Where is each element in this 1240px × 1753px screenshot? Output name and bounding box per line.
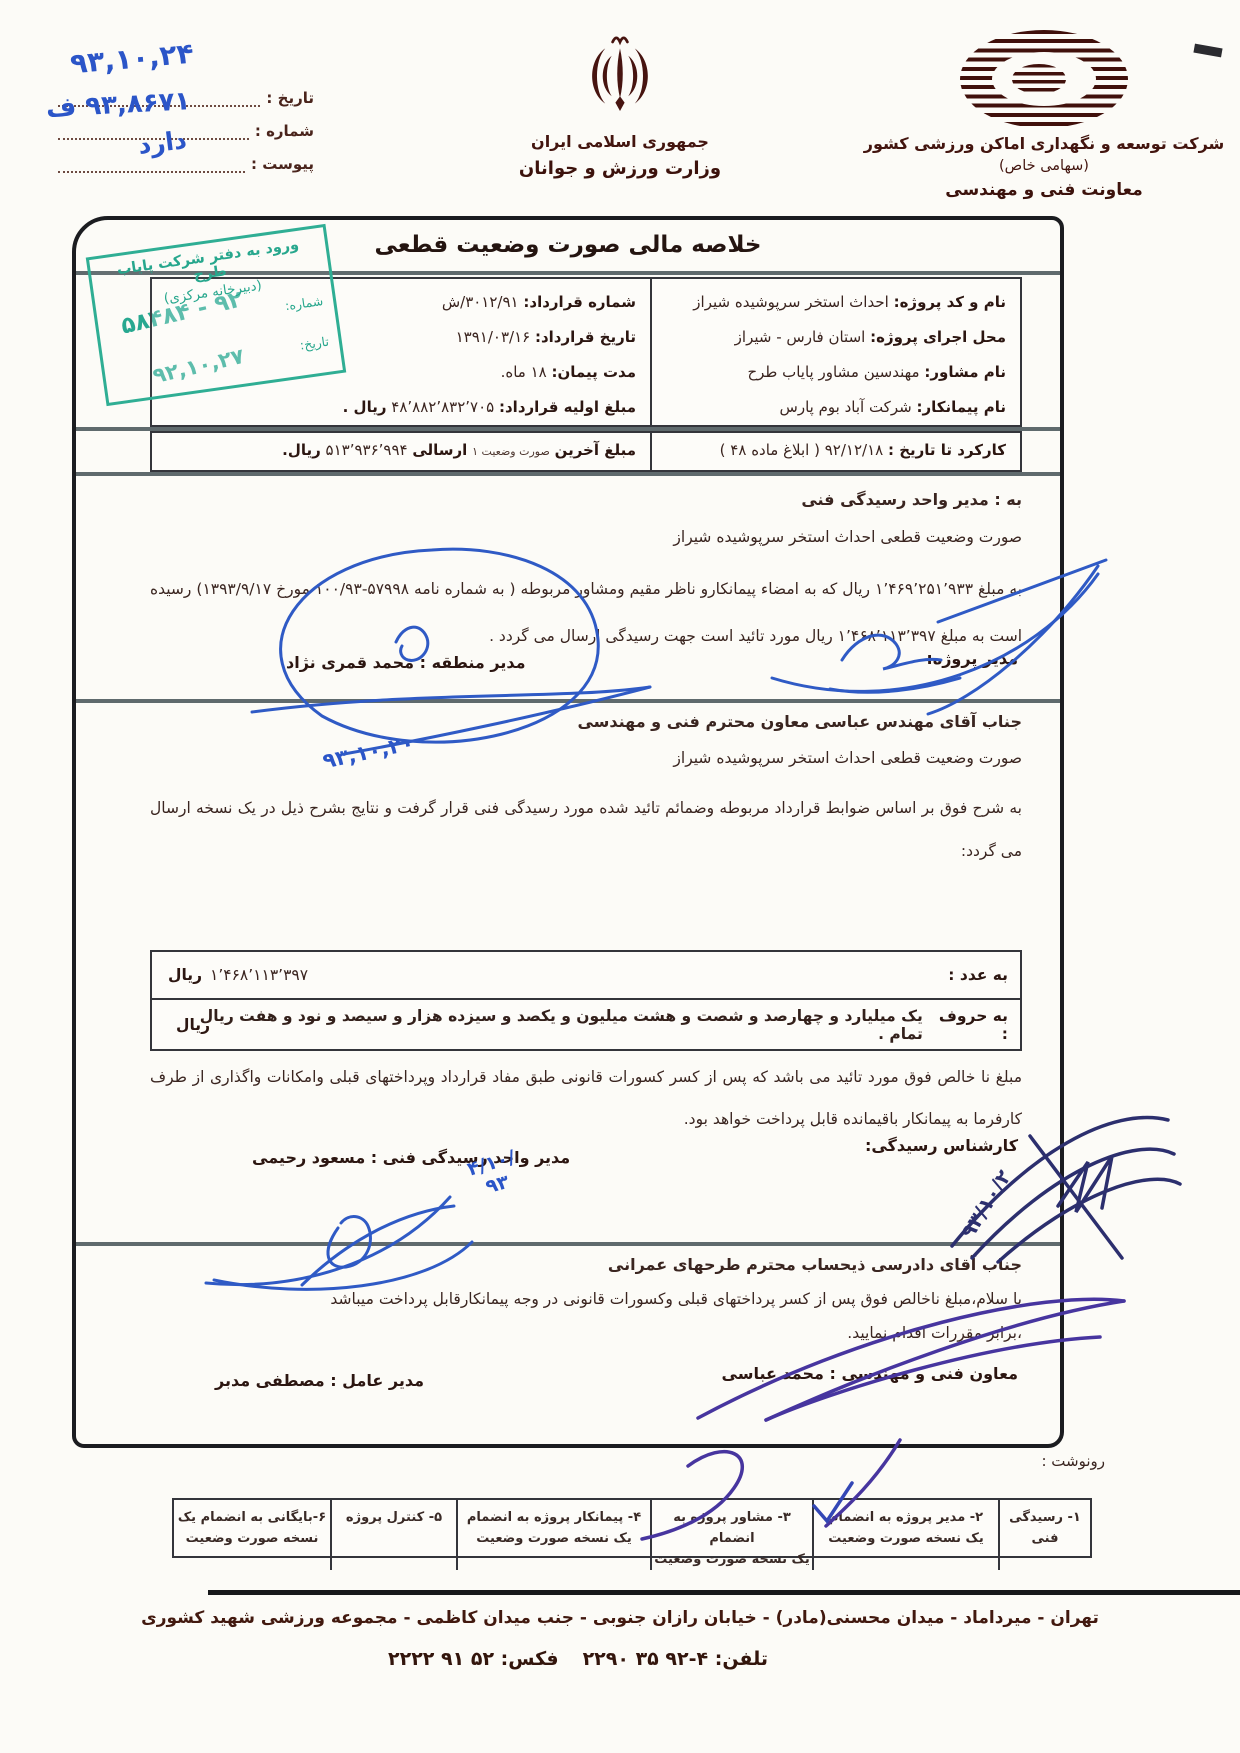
distribution-cell-4: ۴- پیمانکار پروژه به انضمامیک نسخه صورت … [456,1500,650,1570]
distribution-cell-5: ۵- کنترل پروژه [330,1500,456,1570]
letter-date: ۱۳۹۳/۹/۱۷ [202,580,271,598]
distribution-cell-3: ۳- مشاور پروژه به انضمامیک نسخه صورت وضع… [650,1500,812,1570]
work-label: کارکرد تا تاریخ : [888,441,1006,459]
last-statement-cell: مبلغ آخرین صورت وضعیت ۱ ارسالی ۵۱۳’۹۳۶’۹… [152,433,650,470]
digits-amount: ۱’۴۶۸’۱۱۳’۳۹۷ [210,966,308,984]
approved-amount: ۱’۴۶۸’۱۱۳’۳۹۷ [838,627,936,645]
bottom-rule [208,1590,1240,1595]
copy-to-label: رونوشت : [1041,1452,1105,1470]
duration-value: ۱۸ ماه. [501,363,547,381]
last-statement-unit: ریال. [282,441,321,459]
review-unit-manager-label: مدیر واحد رسیدگی فنی : مسعود رحیمی [252,1148,570,1167]
project-value: احداث استخر سرپوشیده شیراز [693,293,889,311]
project-label: نام و کد پروژه: [894,293,1006,311]
cell-line: ۴- پیمانکار پروژه به انضمام [458,1507,650,1528]
section-divider [76,699,1060,703]
contractor-label: نام پیمانکار: [916,398,1006,416]
initial-amount-unit: ریال . [343,398,387,416]
contact-line: تلفن: ۴-۹۲ ۳۵ ۲۲۹۰ فکس: ۵۲ ۹۱ ۲۲۲۲ [388,1648,768,1670]
distribution-table: ۱- رسیدگی فنی ۲- مدیر پروژه به انضمامیک … [172,1498,1092,1558]
republic-line: جمهوری اسلامی ایران [440,132,800,151]
date-label: تاریخ : [266,89,314,107]
consultant-row: نام مشاور: مهندسین مشاور پایاب طرح [660,355,1006,390]
last-statement-amount: ۵۱۳’۹۳۶’۹۹۴ [326,441,408,459]
words-unit: ریال [176,1016,210,1034]
distribution-cell-1: ۱- رسیدگی فنی [998,1500,1090,1570]
letterhead-center: جمهوری اسلامی ایران وزارت ورزش و جوانان [440,28,800,179]
consultant-label: نام مشاور: [924,363,1006,381]
stamp-date-label: تاریخ: [114,334,330,379]
managing-director-label: مدیر عامل : مصطفی مدبر [215,1371,424,1390]
work-date: ۹۲/۱۲/۱۸ [825,441,883,459]
contract-number-label: شماره قرارداد: [523,293,636,311]
phone-number: تلفن: ۴-۹۲ ۳۵ ۲۲۹۰ [583,1648,768,1670]
body-text: به مبلغ [973,580,1022,598]
body-text: ریال مورد تائید است جهت رسیدگی ارسال می … [489,627,838,645]
letterhead-right: شرکت توسعه و نگهداری اماکن ورزشی کشور (س… [858,30,1230,200]
work-status-row: کارکرد تا تاریخ : ۹۲/۱۲/۱۸ ( ابلاغ ماده … [150,431,1022,472]
cell-line: ۶-بایگانی به انضمام یک [174,1507,330,1528]
consultant-value: مهندسین مشاور پایاب طرح [747,363,919,381]
last-statement-label: مبلغ آخرین [555,441,636,459]
contractor-row: نام پیمانکار: شرکت آباد بوم پارس [660,390,1006,425]
body-text: مورخ [271,580,315,598]
company-logo-core [1012,64,1066,94]
department-name: معاونت فنی و مهندسی [858,180,1230,200]
region-manager-label: مدیر منطقه : محمد قمری نژاد [286,653,525,672]
gross-amount: ۱’۴۶۹’۲۵۱’۹۳۳ [875,580,973,598]
attachment-label: پیوست : [251,155,314,173]
amount-box: به عدد : ۱’۴۶۸’۱۱۳’۳۹۷ ریال به حروف : یک… [150,950,1022,1051]
location-row: محل اجرای پروژه: استان فارس - شیراز [660,320,1006,355]
cell-line: یک نسخه صورت وضعیت [458,1528,650,1549]
location-label: محل اجرای پروژه: [870,328,1006,346]
cell-line: ۱- رسیدگی فنی [1000,1507,1090,1549]
initial-amount-value: ۴۸’۸۸۲’۸۳۲’۷۰۵ [391,398,494,416]
last-statement-sent-label: ارسالی [412,441,467,459]
section3-heading: جناب آقای دادرسی ذیحساب محترم طرحهای عمر… [150,1255,1022,1274]
contract-number-value: ۳۰۱۲/۹۱/ش [442,293,519,311]
last-statement-mid: صورت وضعیت ۱ [472,445,550,458]
digits-unit: ریال [168,966,202,984]
section2-subject: صورت وضعیت قطعی احداث استخر سرپوشیده شیر… [150,749,1050,767]
company-logo-icon [960,30,1128,128]
digits-label: به عدد : [948,966,1008,984]
section2-heading: جناب آقای مهندس عباسی معاون محترم فنی و … [150,712,1022,731]
section1-addressee: به : مدیر واحد رسیدگی فنی [150,490,1022,509]
project-row: نام و کد پروژه: احداث استخر سرپوشیده شیر… [660,285,1006,320]
review-expert-label: کارشناس رسیدگی: [865,1136,1018,1155]
thick-rule [76,472,1060,476]
distribution-cell-6: ۶-بایگانی به انضمام یکنسخه صورت وضعیت [174,1500,330,1570]
section2-note: مبلغ نا خالص فوق مورد تائید می باشد که پ… [150,1056,1022,1140]
cell-line: نسخه صورت وضعیت [174,1528,330,1549]
body-text: ریال که به امضاء پیمانکارو ناظر مقیم ومش… [409,580,875,598]
cell-line: ۲- مدیر پروژه به انضمام [814,1507,998,1528]
scanned-financial-summary-document: تاریخ : شماره : پیوست : ۹۳,۱۰,۲۴ ۹۳,۸۶۷۱… [0,0,1240,1753]
distribution-cell-2: ۲- مدیر پروژه به انضمامیک نسخه صورت وضعی… [812,1500,998,1570]
project-manager-label: مدیر پروژه: [926,649,1018,668]
number-label: شماره : [255,122,314,140]
project-info-cell: نام و کد پروژه: احداث استخر سرپوشیده شیر… [650,279,1020,425]
contract-date-value: ۱۳۹۱/۰۳/۱۶ [456,328,531,346]
work-note: ( ابلاغ ماده ۴۸ ) [720,441,820,459]
company-type: (سهامی خاص) [858,158,1230,174]
work-to-date-cell: کارکرد تا تاریخ : ۹۲/۱۲/۱۸ ( ابلاغ ماده … [650,433,1020,470]
cell-line: ۵- کنترل پروژه [332,1507,456,1528]
iran-emblem-icon [574,28,666,124]
contractor-value: شرکت آباد بوم پارس [780,398,912,416]
section3-body2: ،برابر مقررات اقدام نمایید. [150,1324,1022,1342]
cell-line: یک نسخه صورت وضعیت [814,1528,998,1549]
cell-line: یک نسخه صورت وضعیت [652,1549,812,1570]
digits-amount-group: ۱’۴۶۸’۱۱۳’۳۹۷ ریال [168,966,308,984]
section3-body1: با سلام،مبلغ ناخالص فوق پس از کسر پرداخت… [150,1290,1022,1308]
amount-in-digits-row: به عدد : ۱’۴۶۸’۱۱۳’۳۹۷ ریال [152,952,1020,998]
amount-in-words-row: به حروف : یک میلیارد و چهارصد و شصت و هش… [152,998,1020,1049]
address-line: تهران - میرداماد - میدان محسنی(مادر) - خ… [70,1608,1170,1628]
fax-number: فکس: ۵۲ ۹۱ ۲۲۲۲ [388,1648,559,1670]
location-value: استان فارس - شیراز [735,328,866,346]
cell-line: ۳- مشاور پروژه به انضمام [652,1507,812,1549]
section-divider [76,1242,1060,1246]
section2-body: به شرح فوق بر اساس ضوابط قرارداد مربوطه … [150,787,1022,873]
contract-date-label: تاریخ قرارداد: [535,328,636,346]
initial-amount-label: مبلغ اولیه قرارداد: [499,398,636,416]
technical-deputy-label: معاون فنی و مهندسی : محمد عباسی [722,1364,1018,1383]
duration-label: مدت پیمان: [552,363,637,381]
company-logo-inner [992,52,1096,106]
letter-reference: ۵۷۹۹۸-۱۰۰/۹۳ [315,580,409,598]
words-label: به حروف : [929,1007,1008,1043]
words-amount: یک میلیارد و چهارصد و شصت و هشت میلیون و… [164,1007,923,1043]
company-name: شرکت توسعه و نگهداری اماکن ورزشی کشور [858,134,1230,153]
ministry-line: وزارت ورزش و جوانان [440,158,800,179]
handwritten-attachment: دارد [136,125,188,160]
section1-subject: صورت وضعیت قطعی احداث استخر سرپوشیده شیر… [150,528,1050,546]
section1-body: به مبلغ ۱’۴۶۹’۲۵۱’۹۳۳ ریال که به امضاء پ… [150,566,1022,660]
initial-amount-row: مبلغ اولیه قرارداد: ۴۸’۸۸۲’۸۳۲’۷۰۵ ریال … [160,390,636,425]
